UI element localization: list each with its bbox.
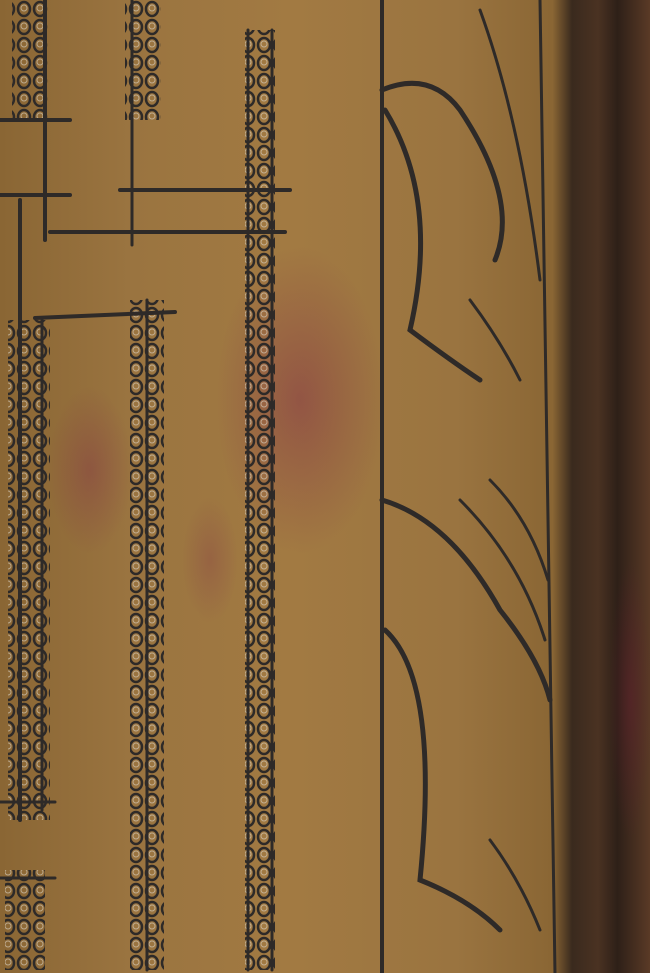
bronze-engraving-photo [0, 0, 650, 973]
engraving-lines [0, 0, 650, 973]
